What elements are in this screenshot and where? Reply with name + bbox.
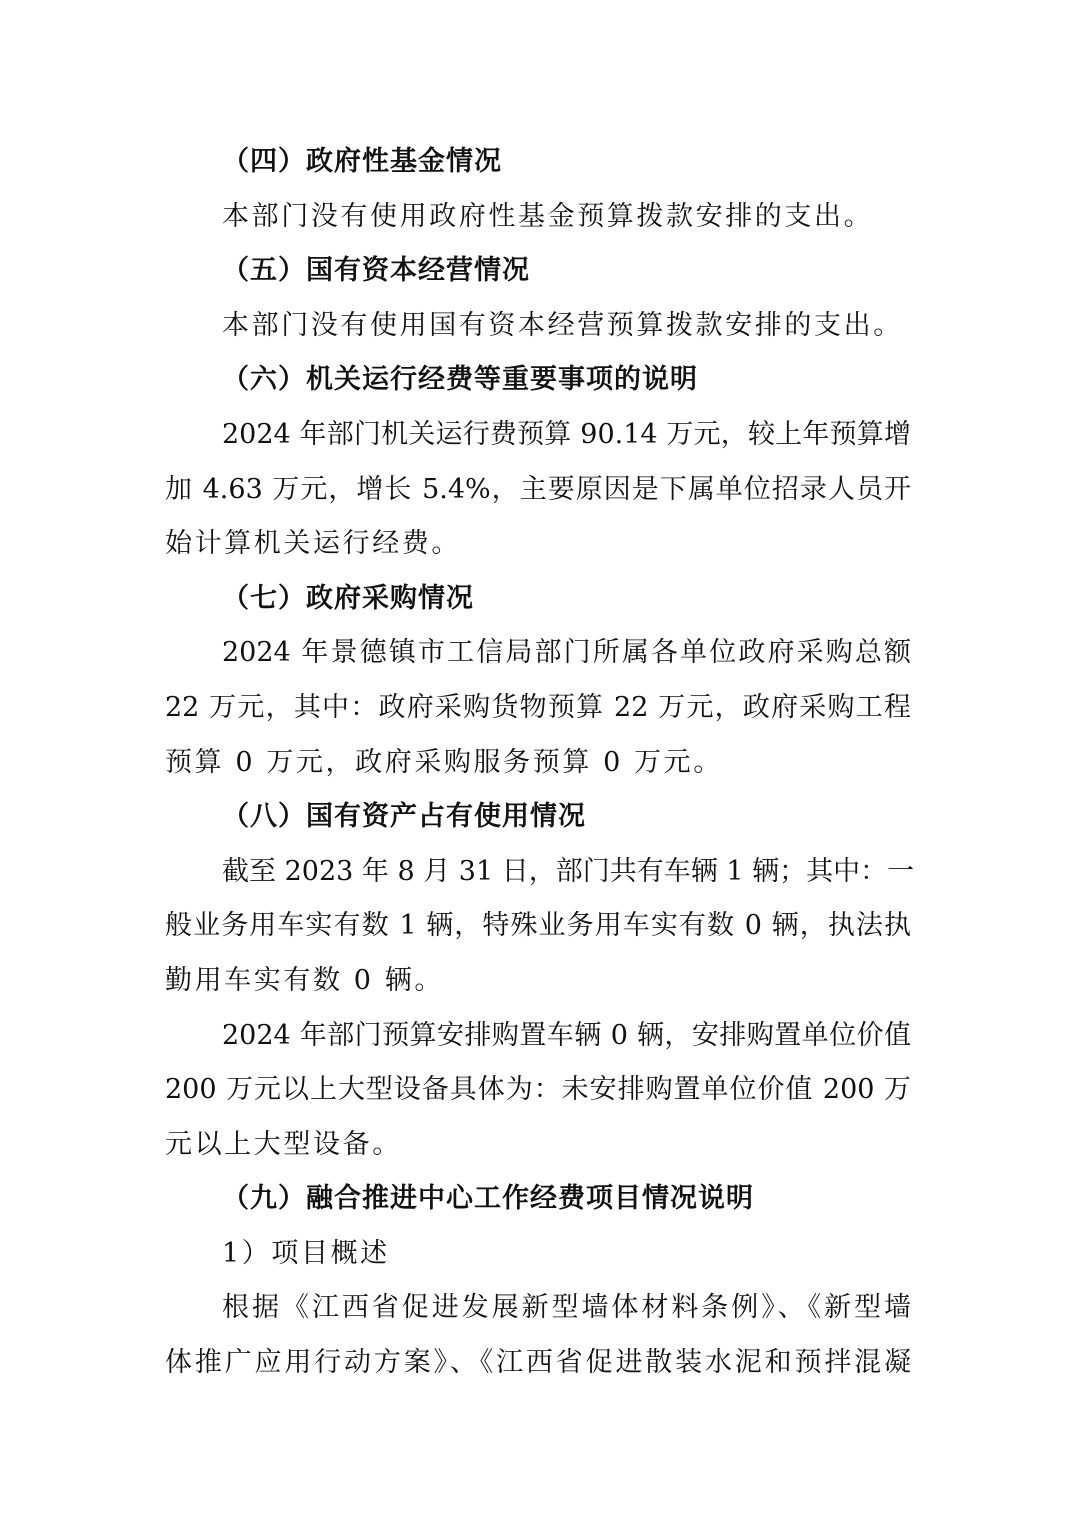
section-heading-5: （五）国有资本经营情况 <box>165 244 911 299</box>
paragraph-line: 本部门没有使用国有资本经营预算拨款安排的支出。 <box>165 299 911 354</box>
document-page: （四）政府性基金情况 本部门没有使用政府性基金预算拨款安排的支出。 （五）国有资… <box>165 135 911 1391</box>
paragraph-line: 200 万元以上大型设备具体为：未安排购置单位价值 200 万 <box>165 1063 911 1118</box>
paragraph-line: 根据《江西省促进发展新型墙体材料条例》、《新型墙 <box>165 1281 911 1336</box>
paragraph-line: 始计算机关运行经费。 <box>165 517 911 572</box>
section-heading-4: （四）政府性基金情况 <box>165 135 911 190</box>
section-heading-9: （九）融合推进中心工作经费项目情况说明 <box>165 1172 911 1227</box>
paragraph-line: 2024 年部门预算安排购置车辆 0 辆，安排购置单位价值 <box>165 1009 911 1064</box>
paragraph-line: 勤用车实有数 0 辆。 <box>165 954 911 1009</box>
paragraph-line: 截至 2023 年 8 月 31 日，部门共有车辆 1 辆；其中：一 <box>165 845 911 900</box>
paragraph-line: 加 4.63 万元，增长 5.4%，主要原因是下属单位招录人员开 <box>165 463 911 518</box>
paragraph-line: 2024 年部门机关运行费预算 90.14 万元，较上年预算增 <box>165 408 911 463</box>
section-heading-8: （八）国有资产占有使用情况 <box>165 790 911 845</box>
paragraph-line: 体推广应用行动方案》、《江西省促进散装水泥和预拌混凝 <box>165 1336 911 1391</box>
paragraph-line: 预算 0 万元，政府采购服务预算 0 万元。 <box>165 736 911 791</box>
paragraph-line: 本部门没有使用政府性基金预算拨款安排的支出。 <box>165 190 911 245</box>
paragraph-line: 22 万元，其中：政府采购货物预算 22 万元，政府采购工程 <box>165 681 911 736</box>
section-heading-6: （六）机关运行经费等重要事项的说明 <box>165 353 911 408</box>
sub-heading: 1）项目概述 <box>165 1227 911 1282</box>
paragraph-line: 2024 年景德镇市工信局部门所属各单位政府采购总额 <box>165 626 911 681</box>
section-heading-7: （七）政府采购情况 <box>165 572 911 627</box>
paragraph-line: 元以上大型设备。 <box>165 1118 911 1173</box>
paragraph-line: 般业务用车实有数 1 辆，特殊业务用车实有数 0 辆，执法执 <box>165 899 911 954</box>
